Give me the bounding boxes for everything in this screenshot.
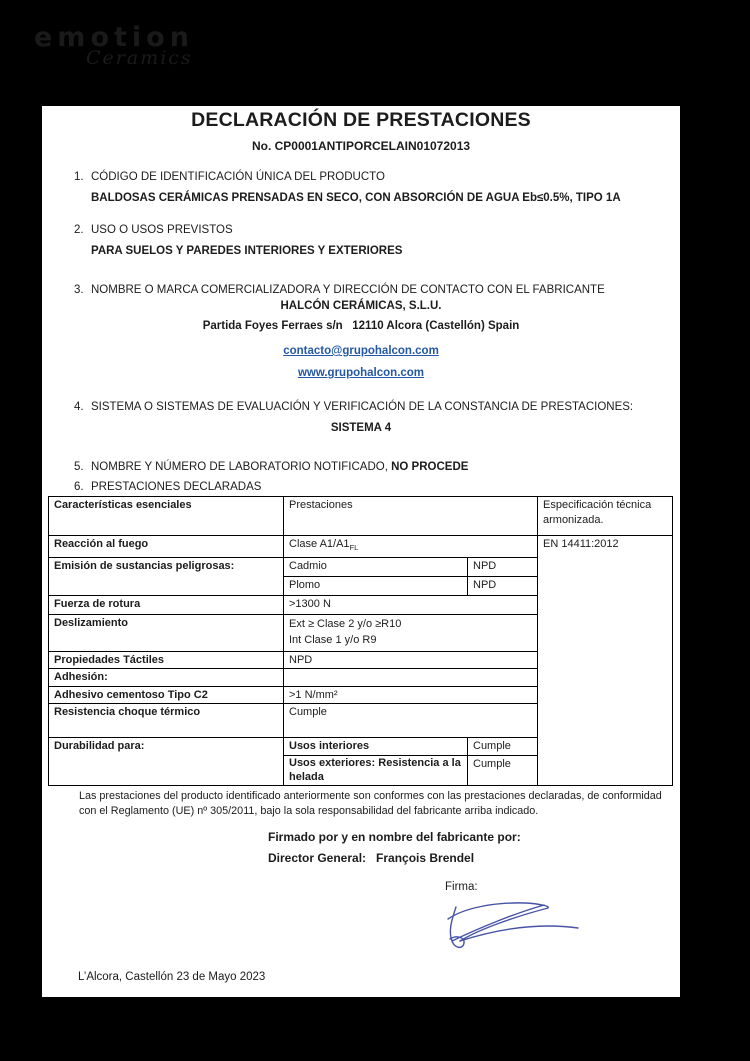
item-6-number: 6.: [74, 477, 91, 498]
header-caracteristicas: Características esenciales: [49, 497, 284, 536]
choque-label: Resistencia choque térmico: [49, 704, 284, 738]
manufacturer-name: HALCÓN CERÁMICAS, S.L.U.: [42, 300, 680, 312]
document-page: DECLARACIÓN DE PRESTACIONES No. CP0001AN…: [42, 106, 680, 997]
item-5-heading: NOMBRE Y NÚMERO DE LABORATORIO NOTIFICAD…: [91, 461, 391, 473]
deslizamiento-int: Int Clase 1 y/o R9: [289, 634, 376, 646]
plomo-label: Plomo: [284, 576, 468, 595]
item-3-number: 3.: [74, 280, 91, 301]
document-title: DECLARACIÓN DE PRESTACIONES: [42, 109, 680, 132]
signature-image: [436, 895, 621, 959]
table-row: Reacción al fuego Clase A1/A1FL EN 14411…: [49, 536, 673, 558]
firma-label: Firma:: [445, 881, 478, 893]
durabilidad-label: Durabilidad para:: [49, 738, 284, 786]
item-2-heading: USO O USOS PREVISTOS: [91, 224, 233, 236]
signed-by-line: Firmado por y en nombre del fabricante p…: [268, 827, 521, 848]
item-2-content: PARA SUELOS Y PAREDES INTERIORES Y EXTER…: [91, 245, 402, 257]
reaccion-value-main: Clase A1/A1: [289, 538, 350, 550]
fuerza-value: >1300 N: [284, 595, 538, 614]
conformity-note-line2: con el Reglamento (UE) nº 305/2011, bajo…: [79, 804, 662, 819]
plomo-value: NPD: [468, 576, 538, 595]
item-3: 3. NOMBRE O MARCA COMERCIALIZADORA Y DIR…: [74, 280, 605, 301]
choque-value: Cumple: [284, 704, 538, 738]
deslizamiento-ext: Ext ≥ Clase 2 y/o ≥R10: [289, 618, 401, 630]
adhesivo-value: >1 N/mm²: [284, 686, 538, 704]
adhesion-value: [284, 669, 538, 687]
item-2-number: 2.: [74, 220, 91, 261]
interiores-value: Cumple: [468, 738, 538, 756]
spec-standard: EN 14411:2012: [538, 536, 673, 786]
table-header-row: Características esenciales Prestaciones …: [49, 497, 673, 536]
reaccion-value: Clase A1/A1FL: [284, 536, 538, 558]
item-5: 5. NOMBRE Y NÚMERO DE LABORATORIO NOTIFI…: [74, 457, 468, 478]
tactiles-label: Propiedades Táctiles: [49, 651, 284, 669]
place-date: L’Alcora, Castellón 23 de Mayo 2023: [78, 971, 265, 983]
company-logo: emotion Ceramics: [34, 24, 194, 68]
deslizamiento-label: Deslizamiento: [49, 614, 284, 651]
item-1-text: CÓDIGO DE IDENTIFICACIÓN ÚNICA DEL PRODU…: [91, 167, 621, 208]
exteriores-value: Cumple: [468, 756, 538, 786]
adhesivo-label: Adhesivo cementoso Tipo C2: [49, 686, 284, 704]
sistema-value: SISTEMA 4: [42, 422, 680, 434]
website-link[interactable]: www.grupohalcon.com: [298, 367, 424, 379]
manufacturer-address: Partida Foyes Ferraes s/n 12110 Alcora (…: [42, 320, 680, 332]
item-6: 6. PRESTACIONES DECLARADAS: [74, 477, 261, 498]
item-6-heading: PRESTACIONES DECLARADAS: [91, 477, 261, 498]
item-4-number: 4.: [74, 397, 91, 418]
item-2-text: USO O USOS PREVISTOS PARA SUELOS Y PARED…: [91, 220, 402, 261]
item-5-no-procede: NO PROCEDE: [391, 461, 468, 473]
header-prestaciones: Prestaciones: [284, 497, 538, 536]
deslizamiento-value: Ext ≥ Clase 2 y/o ≥R10Int Clase 1 y/o R9: [284, 614, 538, 651]
cadmio-value: NPD: [468, 557, 538, 576]
cadmio-label: Cadmio: [284, 557, 468, 576]
director-line: Director General: François Brendel: [268, 848, 521, 869]
item-5-text: NOMBRE Y NÚMERO DE LABORATORIO NOTIFICAD…: [91, 457, 468, 478]
email-row: contacto@grupohalcon.com: [42, 341, 680, 359]
item-4: 4. SISTEMA O SISTEMAS DE EVALUACIÓN Y VE…: [74, 397, 633, 418]
item-2: 2. USO O USOS PREVISTOS PARA SUELOS Y PA…: [74, 220, 402, 261]
logo-tagline: Ceramics: [86, 49, 194, 68]
item-1-heading: CÓDIGO DE IDENTIFICACIÓN ÚNICA DEL PRODU…: [91, 171, 385, 183]
conformity-note: Las prestaciones del producto identifica…: [79, 789, 662, 819]
document-number: No. CP0001ANTIPORCELAIN01072013: [42, 139, 680, 153]
reaccion-value-subscript: FL: [350, 543, 359, 552]
emision-label: Emisión de sustancias peligrosas:: [49, 557, 284, 595]
fuerza-label: Fuerza de rotura: [49, 595, 284, 614]
exteriores-label: Usos exteriores: Resistencia a la helada: [284, 756, 468, 786]
website-row: www.grupohalcon.com: [42, 363, 680, 381]
performance-table: Características esenciales Prestaciones …: [48, 496, 673, 786]
conformity-note-line1: Las prestaciones del producto identifica…: [79, 789, 662, 804]
item-1-content: BALDOSAS CERÁMICAS PRENSADAS EN SECO, CO…: [91, 192, 621, 204]
header-especificacion: Especificación técnica armonizada.: [538, 497, 673, 536]
item-4-heading: SISTEMA O SISTEMAS DE EVALUACIÓN Y VERIF…: [91, 397, 633, 418]
item-1: 1. CÓDIGO DE IDENTIFICACIÓN ÚNICA DEL PR…: [74, 167, 621, 208]
interiores-label: Usos interiores: [284, 738, 468, 756]
item-5-number: 5.: [74, 457, 91, 478]
reaccion-label: Reacción al fuego: [49, 536, 284, 558]
tactiles-value: NPD: [284, 651, 538, 669]
item-3-heading: NOMBRE O MARCA COMERCIALIZADORA Y DIRECC…: [91, 280, 605, 301]
email-link[interactable]: contacto@grupohalcon.com: [283, 345, 439, 357]
adhesion-label: Adhesión:: [49, 669, 284, 687]
item-1-number: 1.: [74, 167, 91, 208]
signed-block: Firmado por y en nombre del fabricante p…: [268, 827, 521, 868]
